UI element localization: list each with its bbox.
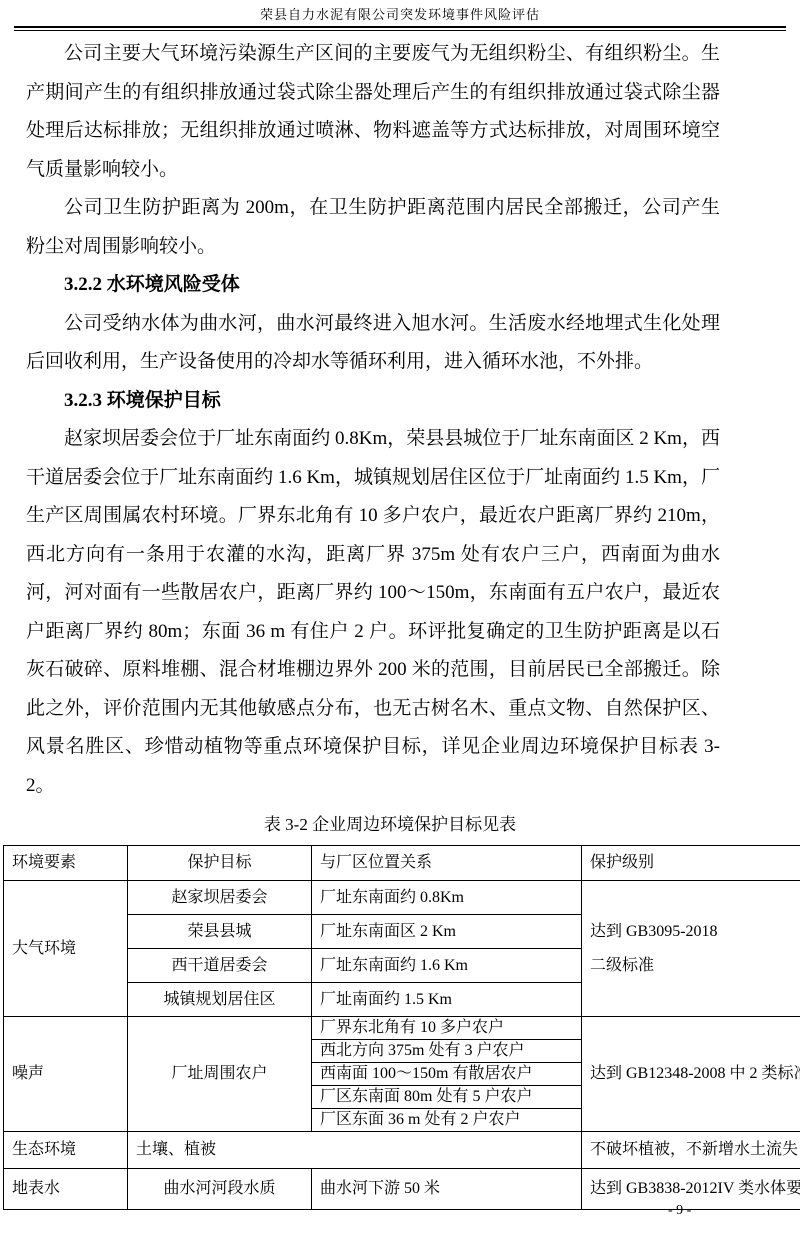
- level-line-2: 二级标准: [590, 949, 800, 983]
- cell-level-eco: 不破坏植被，不新增水土流失: [582, 1132, 800, 1169]
- cell-target: 西干道居委会: [128, 949, 312, 983]
- cell-position: 厂界东北角有 10 多户农户: [312, 1017, 582, 1040]
- paragraph-air-pollution: 公司主要大气环境污染源生产区间的主要废气为无组织粉尘、有组织粉尘。生产期间产生的…: [26, 35, 720, 189]
- heading-3-2-3: 3.2.3 环境保护目标: [26, 382, 720, 421]
- cell-level-air: 达到 GB3095-2018 二级标准: [582, 881, 800, 1017]
- cell-element-water: 地表水: [4, 1169, 128, 1210]
- col-header-level: 保护级别: [582, 846, 800, 881]
- cell-element-noise: 噪声: [4, 1017, 128, 1132]
- protection-targets-table: 环境要素 保护目标 与厂区位置关系 保护级别 大气环境 赵家坝居委会 厂址东南面…: [3, 845, 800, 1210]
- cell-position: 厂区东南面 80m 处有 5 户农户: [312, 1086, 582, 1109]
- col-header-element: 环境要素: [4, 846, 128, 881]
- table-row: 生态环境 土壤、植被 不破坏植被，不新增水土流失: [4, 1132, 800, 1169]
- paragraph-protection-targets: 赵家坝居委会位于厂址东南面约 0.8Km，荣县县城位于厂址东南面区 2 Km，西…: [26, 420, 720, 805]
- running-header-title: 荣县自力水泥有限公司突发环境事件风险评估: [0, 0, 800, 23]
- page-number: - 9 -: [668, 1203, 691, 1219]
- cell-position: 厂址东南面区 2 Km: [312, 915, 582, 949]
- cell-level-noise: 达到 GB12348-2008 中 2 类标准: [582, 1017, 800, 1132]
- cell-element-eco: 生态环境: [4, 1132, 128, 1169]
- cell-position: 厂址东南面约 1.6 Km: [312, 949, 582, 983]
- document-page: 荣县自力水泥有限公司突发环境事件风险评估 公司主要大气环境污染源生产区间的主要废…: [0, 0, 800, 1241]
- cell-position: 厂区东面 36 m 处有 2 户农户: [312, 1109, 582, 1132]
- table-row: 噪声 厂址周围农户 厂界东北角有 10 多户农户 达到 GB12348-2008…: [4, 1017, 800, 1040]
- col-header-target: 保护目标: [128, 846, 312, 881]
- cell-target-eco: 土壤、植被: [128, 1132, 582, 1169]
- header-double-rule: [14, 26, 786, 31]
- cell-position: 西北方向 375m 处有 3 户农户: [312, 1040, 582, 1063]
- cell-target-noise: 厂址周围农户: [128, 1017, 312, 1132]
- cell-position: 厂址南面约 1.5 Km: [312, 983, 582, 1017]
- cell-position-water: 曲水河下游 50 米: [312, 1169, 582, 1210]
- table-caption: 表 3-2 企业周边环境保护目标见表: [26, 805, 720, 845]
- cell-position: 厂址东南面约 0.8Km: [312, 881, 582, 915]
- table-header-row: 环境要素 保护目标 与厂区位置关系 保护级别: [4, 846, 800, 881]
- cell-target-water: 曲水河河段水质: [128, 1169, 312, 1210]
- document-body: 公司主要大气环境污染源生产区间的主要废气为无组织粉尘、有组织粉尘。生产期间产生的…: [26, 35, 720, 845]
- level-line-1: 达到 GB3095-2018: [590, 915, 800, 949]
- cell-target: 城镇规划居住区: [128, 983, 312, 1017]
- cell-target: 赵家坝居委会: [128, 881, 312, 915]
- col-header-position: 与厂区位置关系: [312, 846, 582, 881]
- cell-position: 西南面 100～150m 有散居农户: [312, 1063, 582, 1086]
- table-row: 大气环境 赵家坝居委会 厂址东南面约 0.8Km 达到 GB3095-2018 …: [4, 881, 800, 915]
- heading-3-2-2: 3.2.2 水环境风险受体: [26, 266, 720, 305]
- paragraph-water-risk: 公司受纳水体为曲水河，曲水河最终进入旭水河。生活废水经地埋式生化处理后回收利用，…: [26, 305, 720, 382]
- cell-element-air: 大气环境: [4, 881, 128, 1017]
- cell-target: 荣县县城: [128, 915, 312, 949]
- paragraph-sanitary-distance: 公司卫生防护距离为 200m，在卫生防护距离范围内居民全部搬迁，公司产生粉尘对周…: [26, 189, 720, 266]
